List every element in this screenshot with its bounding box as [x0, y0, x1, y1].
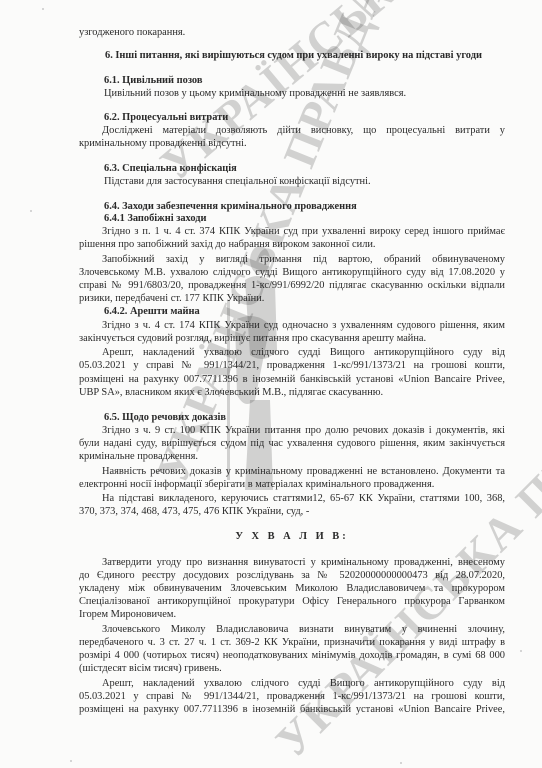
verdict-heading: У Х В А Л И В:	[79, 531, 505, 544]
text-line: Згідно з ч. 4 ст. 174 КПК України суд од…	[79, 320, 505, 333]
text-line: Досліджені матеріали дозволяють дійти ви…	[79, 125, 505, 138]
text-line: 370, 373, 374, 468, 473, 475, 476 КПК Ук…	[79, 506, 505, 519]
text-line: розміщені на рахунку 007.7711396 в інозе…	[79, 704, 505, 717]
text-line: Спеціалізованої антикорупційної прокурат…	[79, 596, 505, 609]
text-line: укладену між обвинуваченим Злочевським М…	[79, 583, 505, 596]
text-line: електронні носії інформації зберігати в …	[79, 479, 505, 492]
text-line: були надані суду, вирішується судом під …	[79, 438, 505, 451]
text-line: Згідно з ч. 9 ст. 100 КПК України питанн…	[79, 425, 505, 438]
scan-speck	[70, 760, 72, 762]
text-line: рішення про запобіжний захід до набрання…	[79, 239, 505, 252]
section-heading-6: 6. Інші питання, які вирішуються судом п…	[105, 50, 525, 63]
text-line: 05.03.2021 у справі № 991/1344/21, прова…	[79, 691, 505, 704]
section-heading-6-3: 6.3. Спеціальна конфіскація	[104, 163, 530, 176]
text-line: 05.03.2021 у справі № 991/1344/21, прова…	[79, 360, 505, 373]
text-line: Наявність речових доказів у кримінальном…	[79, 466, 505, 479]
text-line: Арешт, накладений ухвалою слідчого судді…	[79, 347, 505, 360]
text-line: На підставі викладеного, керуючись статт…	[79, 493, 505, 506]
text-line: Запобіжний захід у вигляді тримання під …	[79, 254, 505, 267]
text-line: ризики, передбачені ст. 177 КПК України.	[79, 293, 505, 306]
text-line: справі № 991/6803/20, провадження 1-кс/9…	[79, 280, 505, 293]
text-line: кримінальне провадження.	[79, 451, 505, 464]
text-line: Затвердити угоду про визнання винуватост…	[79, 557, 505, 570]
text-line: закінчується судовий розгляд, вирішує пи…	[79, 333, 505, 346]
text-line: Арешт, накладений ухвалою слідчого судді…	[79, 678, 505, 691]
text-line: розміщені на рахунку 007.7711396 в інозе…	[79, 374, 505, 387]
text-line: узгодженого покарання.	[79, 27, 505, 40]
section-heading-6-5: 6.5. Щодо речових доказів	[104, 412, 530, 425]
text-line: Ігорем Мироновичем.	[79, 609, 505, 622]
text-line: (шістдесят вісім тисяч) гривень.	[79, 663, 505, 676]
scan-speck	[520, 650, 522, 652]
scan-speck	[400, 762, 402, 764]
document-page: УКРАЇНСЬКА ПРАВДА УКРАЇНСЬКА ПРАВДА УКРА…	[0, 0, 542, 768]
text-line: розмірі 4 000 (чотирьох тисяч) неоподатк…	[79, 650, 505, 663]
section-heading-6-4-1: 6.4.1 Запобіжні заходи	[104, 213, 530, 226]
text-line: Цивільний позов у цьому кримінальному пр…	[104, 88, 530, 101]
section-heading-6-4-2: 6.4.2. Арешти майна	[104, 306, 530, 319]
section-heading-6-1: 6.1. Цивільний позов	[104, 75, 530, 88]
text-line: Злочевському М.В. ухвалою слідчого судді…	[79, 267, 505, 280]
section-heading-6-4: 6.4. Заходи забезпечення кримінального п…	[104, 201, 530, 214]
text-line: до Єдиного реєстру досудових розслідуван…	[79, 570, 505, 583]
text-line: Згідно з п. 1 ч. 4 ст. 374 КПК України с…	[79, 226, 505, 239]
section-heading-6-2: 6.2. Процесуальні витрати	[104, 112, 530, 125]
text-line: передбаченого ч. 3 ст. 27 ч. 1 ст. 369-2…	[79, 637, 505, 650]
scan-speck	[42, 8, 44, 10]
text-line: кримінальному провадженні відсутні.	[79, 138, 505, 151]
text-line: UBP SA», власником яких є Злочевський М.…	[79, 387, 505, 400]
text-line: Підстави для застосування спеціальної ко…	[104, 176, 530, 189]
text-line: Злочевського Миколу Владиславовича визна…	[79, 624, 505, 637]
scan-speck	[30, 210, 32, 212]
